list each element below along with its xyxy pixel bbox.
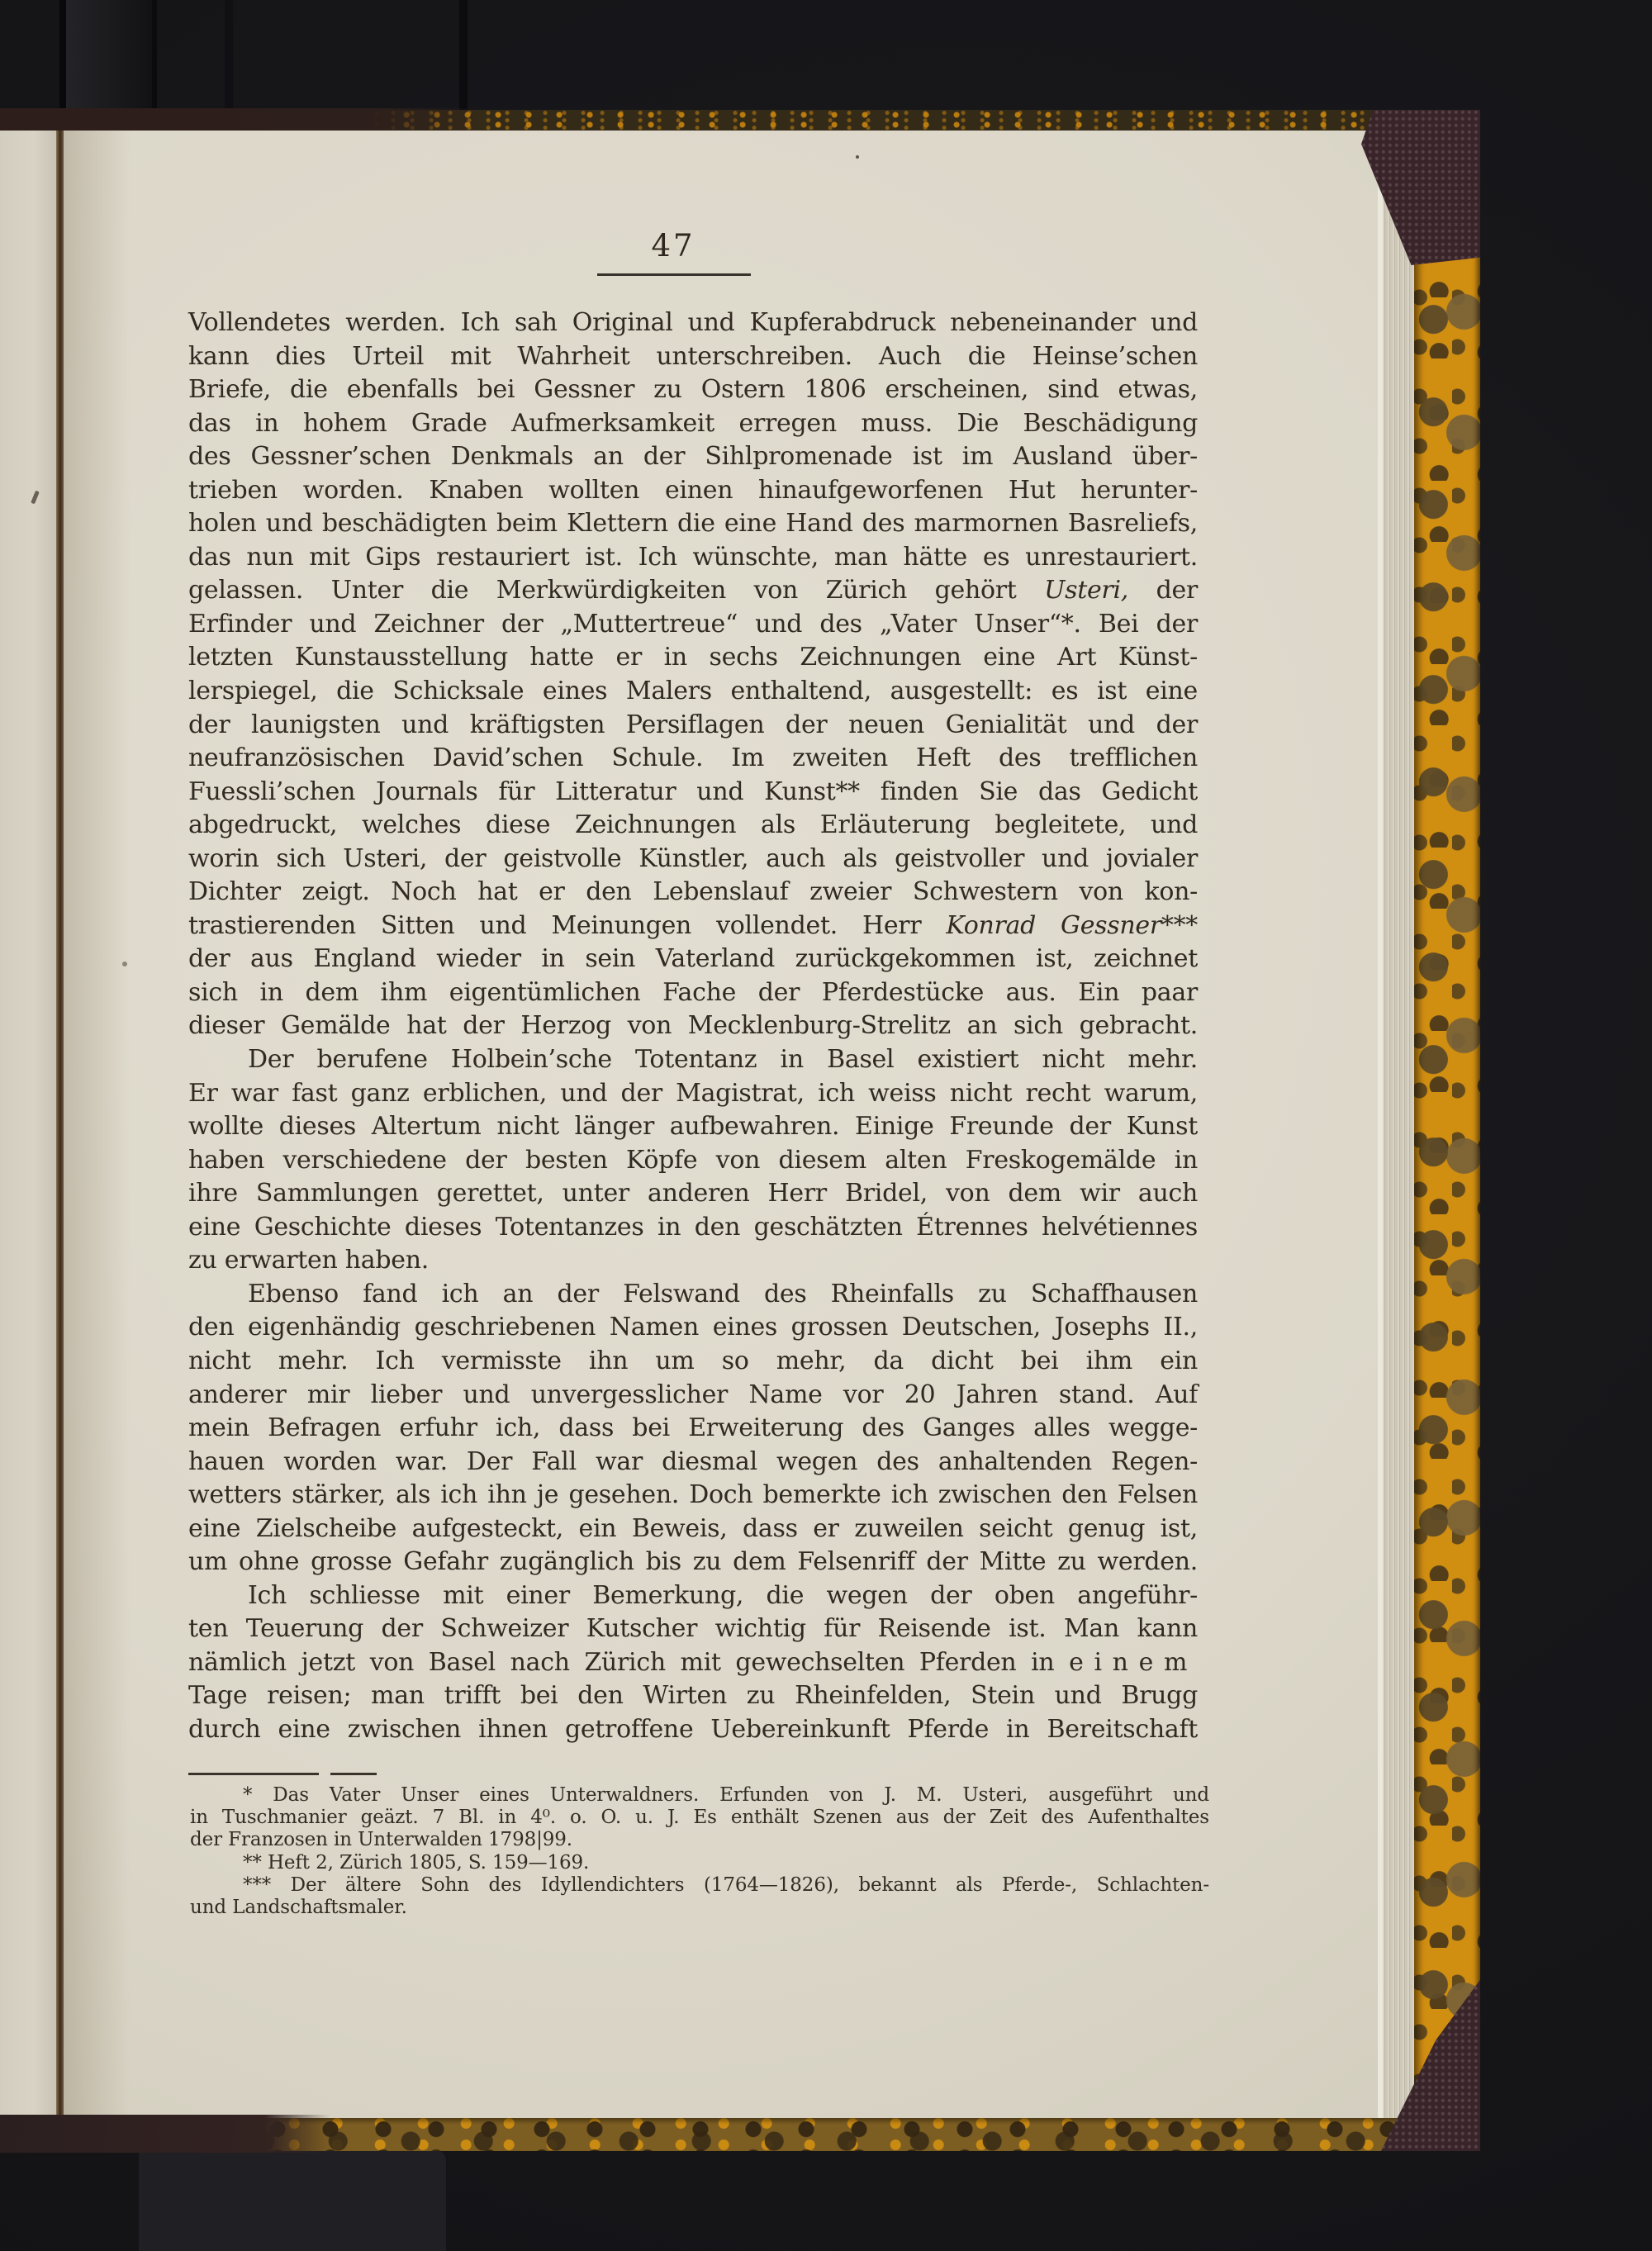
dust-speck	[122, 962, 127, 966]
text-line: Fuessli’schen Journals für Litteratur un…	[188, 776, 1198, 810]
text-line: haben verschiedene der besten Köpfe von …	[188, 1144, 1198, 1178]
text-line: mein Befragen erfuhr ich, dass bei Erwei…	[188, 1412, 1198, 1446]
top-edge-leather	[0, 108, 479, 131]
text-line: durch eine zwischen ihnen getroffene Ueb…	[188, 1713, 1198, 1747]
text-line: trastierenden Sitten und Meinungen volle…	[188, 909, 1198, 943]
text-line: eine Geschichte dieses Totentanzes in de…	[188, 1211, 1198, 1245]
text-line: Briefe, die ebenfalls bei Gessner zu Ost…	[188, 373, 1198, 407]
text-line: gelassen. Unter die Merkwürdigkeiten von…	[188, 574, 1198, 608]
text-line: sich in dem ihm eigentümlichen Fache der…	[188, 976, 1198, 1010]
text-line: nicht mehr. Ich vermisste ihn um so mehr…	[188, 1345, 1198, 1379]
text-line: hauen worden war. Der Fall war diesmal w…	[188, 1446, 1198, 1479]
text-line: Vollendetes werden. Ich sah Original und…	[188, 306, 1198, 340]
text-line: in Tuschmanier geäzt. 7 Bl. in 4⁰. o. O.…	[190, 1807, 1209, 1829]
text-line: zu erwarten haben.	[188, 1244, 1198, 1278]
footnotes: * Das Vater Unser eines Unterwaldners. E…	[190, 1784, 1209, 1919]
text-line: * Das Vater Unser eines Unterwaldners. E…	[190, 1784, 1209, 1807]
text-line: *** Der ältere Sohn des Idyllendichters …	[190, 1874, 1209, 1897]
text-line: Ich schliesse mit einer Bemerkung, die w…	[188, 1579, 1198, 1613]
text-line: ihre Sammlungen gerettet, unter anderen …	[188, 1177, 1198, 1211]
text-line: Der berufene Holbein’sche Totentanz in B…	[188, 1043, 1198, 1077]
text-line: Tage reisen; man trifft bei den Wirten z…	[188, 1679, 1198, 1713]
text-line: der aus England wieder in sein Vaterland…	[188, 943, 1198, 976]
text-line: abgedruckt, welches diese Zeichnungen al…	[188, 809, 1198, 843]
text-line: trieben worden. Knaben wollten einen hin…	[188, 474, 1198, 508]
dust-speck	[856, 155, 859, 159]
text-line: nämlich jetzt von Basel nach Zürich mit …	[188, 1646, 1198, 1680]
text-line: des Gessner’schen Denkmals an der Sihlpr…	[188, 440, 1198, 474]
text-line: das nun mit Gips restauriert ist. Ich wü…	[188, 541, 1198, 575]
facing-page-edge	[0, 129, 56, 2120]
text-line: worin sich Usteri, der geistvolle Künstl…	[188, 843, 1198, 876]
page-number-value: 47	[651, 228, 695, 264]
gutter-line	[56, 129, 64, 2125]
page-number-rule	[597, 273, 751, 276]
text-line: neufranzösischen David’schen Schule. Im …	[188, 742, 1198, 776]
page-number: 47	[188, 228, 1198, 264]
text-line: holen und beschädigten beim Klettern die…	[188, 507, 1198, 541]
footnote-separator	[188, 1773, 377, 1775]
text-line: der launigsten und kräftigsten Persiflag…	[188, 709, 1198, 743]
text-line: wetters stärker, als ich ihn je gesehen.…	[188, 1479, 1198, 1513]
text-line: um ohne grosse Gefahr zugänglich bis zu …	[188, 1546, 1198, 1579]
text-line: anderer mir lieber und unvergesslicher N…	[188, 1379, 1198, 1413]
board-edge	[139, 2149, 446, 2251]
fore-edge-marble	[1414, 114, 1480, 2151]
book-photo: 47 Vollendetes werden. Ich sah Original …	[0, 0, 1652, 2251]
gutter-shadow	[64, 129, 130, 2118]
text-line: das in hohem Grade Aufmerksamkeit errege…	[188, 407, 1198, 441]
text-line: dieser Gemälde hat der Herzog von Meckle…	[188, 1009, 1198, 1043]
text-line: Erfinder und Zeichner der „Muttertreue“ …	[188, 608, 1198, 642]
text-line: wollte dieses Altertum nicht länger aufb…	[188, 1110, 1198, 1144]
text-line: Ebenso fand ich an der Felswand des Rhei…	[188, 1278, 1198, 1312]
body-text: Vollendetes werden. Ich sah Original und…	[188, 306, 1198, 1747]
text-line: kann dies Urteil mit Wahrheit unterschre…	[188, 340, 1198, 374]
text-line: ten Teuerung der Schweizer Kutscher wich…	[188, 1612, 1198, 1646]
text-line: und Landschaftsmaler.	[190, 1897, 1209, 1919]
text-line: letzten Kunstausstellung hatte er in sec…	[188, 641, 1198, 675]
text-line: den eigenhändig geschriebenen Namen eine…	[188, 1311, 1198, 1345]
text-line: Dichter zeigt. Noch hat er den Lebenslau…	[188, 876, 1198, 909]
text-line: ** Heft 2, Zürich 1805, S. 159—169.	[190, 1852, 1209, 1874]
text-line: Er war fast ganz erblichen, und der Magi…	[188, 1077, 1198, 1111]
text-line: der Franzosen in Unterwalden 1798|99.	[190, 1829, 1209, 1851]
bottom-edge-leather	[0, 2115, 330, 2153]
text-line: lerspiegel, die Schicksale eines Malers …	[188, 675, 1198, 709]
text-line: eine Zielscheibe aufgesteckt, ein Beweis…	[188, 1513, 1198, 1546]
